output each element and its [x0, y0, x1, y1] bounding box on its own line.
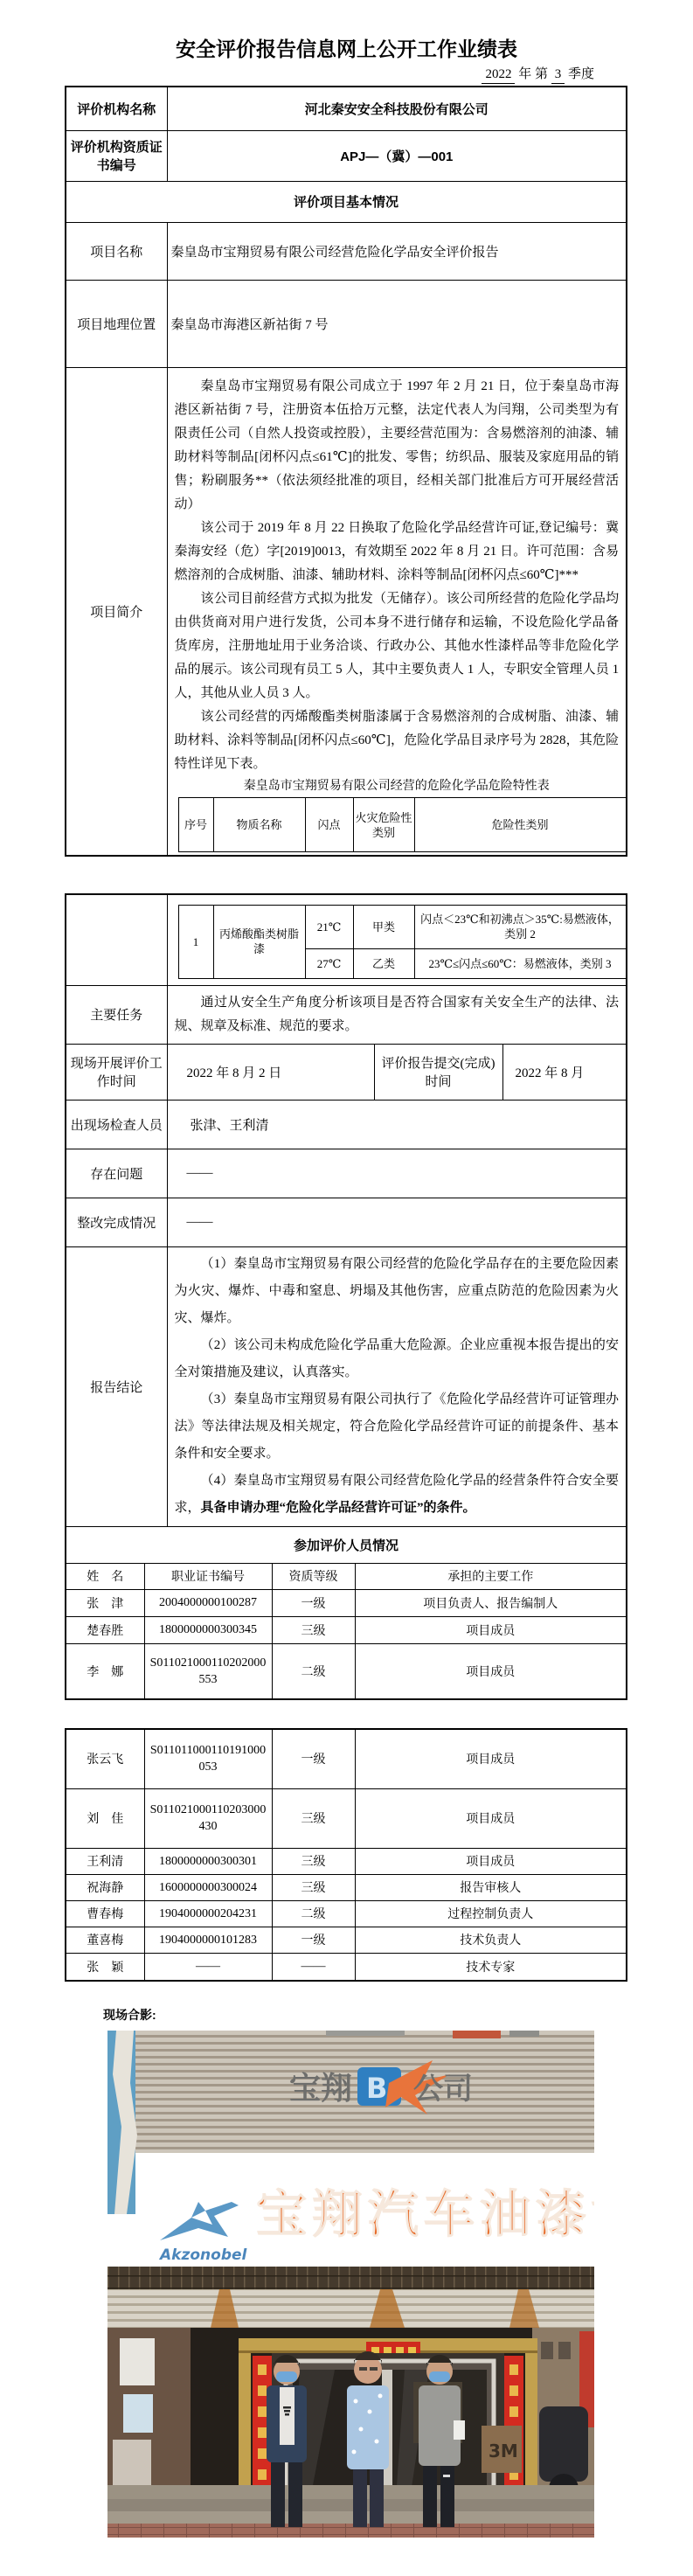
participant-level: 三级	[272, 1848, 355, 1874]
conclusion-row: 报告结论 （1）秦皇岛市宝翔贸易有限公司经营的危险化学品存在的主要危险因素为火灾…	[66, 1246, 627, 1526]
hazard-table-body: 1 丙烯酸酯类树脂漆 21℃ 甲类 闪点＜23℃和初沸点＞35℃:易燃液体，类别…	[178, 905, 627, 979]
org-name-value: 河北秦安安全科技股份有限公司	[167, 87, 627, 130]
site-photo: 宝翔 B 公司 Akzonobel 宝翔汽车油漆调	[107, 2031, 594, 2538]
submit-time-label: 评价报告提交(完成)时间	[374, 1044, 502, 1100]
project-intro-content-1: 秦皇岛市宝翔贸易有限公司成立于 1997 年 2 月 21 日，位于秦皇岛市海港…	[167, 367, 627, 856]
hazard-substance: 丙烯酸酯类树脂漆	[213, 905, 305, 978]
participant-cert: S011021000110203000430	[144, 1788, 272, 1848]
participant-level: ——	[272, 1953, 355, 1981]
submit-time-value: 2022 年 8 月	[502, 1044, 627, 1100]
participant-row: 祝海静 1600000000300024 三级 报告审核人	[66, 1874, 627, 1900]
conclusion-paragraph-final: （4）秦皇岛市宝翔贸易有限公司经营危险化学品的经营条件符合安全要求，具备申请办理…	[175, 1468, 620, 1522]
participant-row: 王利清 1800000000300301 三级 项目成员	[66, 1848, 627, 1874]
intro-paragraph: 该公司经营的丙烯酸酯类树脂漆属于含易燃溶剂的合成树脂、油漆、辅助材料、涂料等制品…	[175, 705, 620, 776]
intro-paragraph: 该公司目前经营方式拟为批发（无储存）。该公司所经营的危险化学品均由供货商对用户进…	[175, 587, 620, 705]
participant-cert: S011021000110202000553	[144, 1643, 272, 1699]
participant-name: 祝海静	[66, 1874, 144, 1900]
section-basic-info: 评价项目基本情况	[66, 181, 627, 222]
wall-poster	[113, 2440, 151, 2489]
pavement	[107, 2524, 594, 2538]
main-table-segment-2: 1 丙烯酸酯类树脂漆 21℃ 甲类 闪点＜23℃和初沸点＞35℃:易燃液体，类别…	[65, 893, 627, 1700]
participant-level: 二级	[272, 1900, 355, 1927]
roof-scrap-red	[453, 2031, 501, 2038]
wall-poster	[120, 2338, 155, 2385]
project-intro-content-2: 1 丙烯酸酯类树脂漆 21℃ 甲类 闪点＜23℃和初沸点＞35℃:易燃液体，类别…	[167, 894, 627, 985]
problems-value: ——	[167, 1149, 627, 1198]
hazard-col-class: 危险性类别	[414, 798, 626, 852]
table-row: 现场开展评价工作时间 2022 年 8 月 2 日 评价报告提交(完成)时间 2…	[66, 1044, 627, 1100]
hazard-header-row: 序号 物质名称 闪点 火灾危险性类别 危险性类别	[178, 798, 626, 852]
door-frame-right	[525, 2338, 537, 2504]
wall-poster-blue	[123, 2394, 153, 2433]
step	[107, 2511, 594, 2524]
participant-cert: 2004000000100287	[144, 1589, 272, 1616]
hazard-flashpoint: 21℃	[305, 905, 353, 948]
site-photo-illustration: 宝翔 B 公司 Akzonobel 宝翔汽车油漆调	[107, 2031, 594, 2538]
project-intro-label: 项目简介	[66, 367, 167, 856]
conclusion-label: 报告结论	[66, 1246, 167, 1526]
door-frame-left	[239, 2338, 251, 2504]
intro-paragraph: 秦皇岛市宝翔贸易有限公司成立于 1997 年 2 月 21 日，位于秦皇岛市海港…	[175, 375, 620, 517]
period-year-suffix: 年	[518, 67, 531, 81]
awning-grid	[107, 2267, 594, 2289]
hazard-table-header: 序号 物质名称 闪点 火灾危险性类别 危险性类别	[178, 797, 627, 852]
table-row: 评价机构名称 河北秦安安全科技股份有限公司	[66, 87, 627, 130]
table-row: 项目地理位置 秦皇岛市海港区新祜街 7 号	[66, 280, 627, 367]
col-role: 承担的主要工作	[355, 1563, 627, 1589]
hazard-col-fireclass: 火灾危险性类别	[353, 798, 414, 852]
project-location-label: 项目地理位置	[66, 280, 167, 367]
col-name: 姓 名	[66, 1563, 144, 1589]
hazard-col-substance: 物质名称	[213, 798, 305, 852]
face-mask	[429, 2371, 450, 2382]
participant-cert: 1904000000101283	[144, 1927, 272, 1953]
section-header-row: 评价项目基本情况	[66, 181, 627, 222]
participant-cert: ——	[144, 1953, 272, 1981]
participant-name: 张云飞	[66, 1729, 144, 1788]
table-row: 主要任务 通过从安全生产角度分析该项目是否符合国家有关安全生产的法律、法规、规章…	[66, 985, 627, 1044]
hazard-col-no: 序号	[178, 798, 213, 852]
col-cert: 职业证书编号	[144, 1563, 272, 1589]
main-table-segment-1: 评价机构名称 河北秦安安全科技股份有限公司 评价机构资质证书编号 APJ—（冀）…	[65, 86, 627, 857]
participant-level: 一级	[272, 1927, 355, 1953]
participant-role: 报告审核人	[355, 1874, 627, 1900]
sign-small-left-text: 宝翔	[289, 2071, 352, 2107]
participant-name: 李 娜	[66, 1643, 144, 1699]
step	[107, 2499, 594, 2511]
sign-main-text: 宝翔汽车油漆调	[256, 2184, 594, 2244]
participant-role: 技术专家	[355, 1953, 627, 1981]
conclusion-p4-bold: 具备申请办理“危险化学品经营许可证”的条件。	[201, 1501, 476, 1515]
rectification-value: ——	[167, 1198, 627, 1246]
participant-cert: 1800000000300345	[144, 1616, 272, 1643]
page-break-gap	[65, 1700, 628, 1726]
hazard-class: 23℃≤闪点≤60℃：易燃液体，类别 3	[414, 948, 626, 978]
main-table-segment-3: 张云飞 S011011000110191000053 一级 项目成员 刘 佳 S…	[65, 1728, 627, 1982]
participant-cert: 1600000000300024	[144, 1874, 272, 1900]
participant-cert: 1904000000204231	[144, 1900, 272, 1927]
participant-name: 张 颖	[66, 1953, 144, 1981]
participants-header-row: 姓 名 职业证书编号 资质等级 承担的主要工作	[66, 1563, 627, 1589]
conclusion-paragraph: （3）秦皇岛市宝翔贸易有限公司执行了《危险化学品经营许可证管理办法》等法律法规及…	[175, 1386, 620, 1468]
project-intro-row-part2: 1 丙烯酸酯类树脂漆 21℃ 甲类 闪点＜23℃和初沸点＞35℃:易燃液体，类别…	[66, 894, 627, 985]
task-label: 主要任务	[66, 985, 167, 1044]
sign-small-right-text: 公司	[413, 2072, 473, 2107]
inspectors-label: 出现场检查人员	[66, 1100, 167, 1149]
participant-name: 张 津	[66, 1589, 144, 1616]
participant-row: 张 津 2004000000100287 一级 项目负责人、报告编制人	[66, 1589, 627, 1616]
participant-cert: S011011000110191000053	[144, 1729, 272, 1788]
dealer-bird-wing	[191, 2202, 205, 2218]
participant-name: 王利清	[66, 1848, 144, 1874]
onsite-time-label: 现场开展评价工作时间	[66, 1044, 167, 1100]
section-participants: 参加评价人员情况	[66, 1526, 627, 1563]
participant-role: 项目成员	[355, 1788, 627, 1848]
participant-row: 张 颖 —— —— 技术专家	[66, 1953, 627, 1981]
participant-name: 曹春梅	[66, 1900, 144, 1927]
rectification-label: 整改完成情况	[66, 1198, 167, 1246]
problems-label: 存在问题	[66, 1149, 167, 1198]
participant-role: 项目成员	[355, 1643, 627, 1699]
page-break-gap	[65, 857, 628, 892]
intro-paragraph: 该公司于 2019 年 8 月 22 日换取了危险化学品经营许可证,登记编号：冀…	[175, 517, 620, 587]
project-intro-label-empty	[66, 894, 167, 985]
conclusion-paragraph: （1）秦皇岛市宝翔贸易有限公司经营的危险化学品存在的主要危险因素为火灾、爆炸、中…	[175, 1251, 620, 1332]
participant-row: 张云飞 S011011000110191000053 一级 项目成员	[66, 1729, 627, 1788]
document-content: 安全评价报告信息网上公开工作业绩表 2022 年 第 3 季度 评价机构名称 河…	[65, 0, 628, 2538]
dealer-logo-text: Akzonobel	[158, 2246, 248, 2264]
roof-scrap-gray	[509, 2031, 539, 2037]
participant-row: 曹春梅 1904000000204231 二级 过程控制负责人	[66, 1900, 627, 1927]
participant-role: 过程控制负责人	[355, 1900, 627, 1927]
step	[107, 2485, 594, 2499]
org-cert-value: APJ—（冀）—001	[167, 130, 627, 181]
inspectors-value: 张津、王利清	[167, 1100, 627, 1149]
period-year: 2022	[482, 66, 515, 84]
participant-level: 三级	[272, 1616, 355, 1643]
hazard-data-row: 1 丙烯酸酯类树脂漆 21℃ 甲类 闪点＜23℃和初沸点＞35℃:易燃液体，类别…	[178, 905, 626, 948]
hazard-col-flashpoint: 闪点	[305, 798, 353, 852]
project-name-value: 秦皇岛市宝翔贸易有限公司经营危险化学品安全评价报告	[167, 222, 627, 280]
participant-role: 项目成员	[355, 1848, 627, 1874]
photo-section-label: 现场合影:	[103, 2006, 628, 2024]
participant-cert: 1800000000300301	[144, 1848, 272, 1874]
period-quarter: 3	[551, 66, 565, 84]
participant-row: 楚春胜 1800000000300345 三级 项目成员	[66, 1616, 627, 1643]
period-quarter-suffix: 季度	[568, 67, 594, 81]
participant-level: 三级	[272, 1788, 355, 1848]
section-header-row: 参加评价人员情况	[66, 1526, 627, 1563]
participant-level: 一级	[272, 1589, 355, 1616]
conclusion-content: （1）秦皇岛市宝翔贸易有限公司经营的危险化学品存在的主要危险因素为火灾、爆炸、中…	[167, 1246, 627, 1526]
org-name-label: 评价机构名称	[66, 87, 167, 130]
table-row: 评价机构资质证书编号 APJ—（冀）—001	[66, 130, 627, 181]
participant-name: 楚春胜	[66, 1616, 144, 1643]
hazard-fireclass: 乙类	[353, 948, 414, 978]
period-quarter-prefix: 第	[535, 67, 548, 81]
table-row: 出现场检查人员 张津、王利清	[66, 1100, 627, 1149]
brand-logo-letter: B	[366, 2072, 387, 2105]
table-row: 存在问题 ——	[66, 1149, 627, 1198]
participant-row: 刘 佳 S011021000110203000430 三级 项目成员	[66, 1788, 627, 1848]
roof-scrap	[326, 2031, 405, 2036]
participant-role: 项目成员	[355, 1616, 627, 1643]
face-mask	[276, 2371, 297, 2382]
participant-role: 项目成员	[355, 1729, 627, 1788]
participant-name: 刘 佳	[66, 1788, 144, 1848]
participant-name: 董喜梅	[66, 1927, 144, 1953]
participant-row: 李 娜 S011021000110202000553 二级 项目成员	[66, 1643, 627, 1699]
right-window	[558, 2342, 571, 2359]
held-papers	[454, 2420, 465, 2440]
report-period: 2022 年 第 3 季度	[65, 66, 628, 84]
task-value-cell: 通过从安全生产角度分析该项目是否符合国家有关安全生产的法律、法规、规章及标准、规…	[167, 985, 627, 1044]
table-row: 整改完成情况 ——	[66, 1198, 627, 1246]
moped	[539, 2406, 588, 2482]
participant-level: 一级	[272, 1729, 355, 1788]
col-level: 资质等级	[272, 1563, 355, 1589]
participant-level: 三级	[272, 1874, 355, 1900]
page-title: 安全评价报告信息网上公开工作业绩表	[65, 0, 628, 62]
table-row: 项目名称 秦皇岛市宝翔贸易有限公司经营危险化学品安全评价报告	[66, 222, 627, 280]
task-value: 通过从安全生产角度分析该项目是否符合国家有关安全生产的法律、法规、规章及标准、规…	[175, 991, 620, 1038]
hazard-table-caption: 秦皇岛市宝翔贸易有限公司经营的危险化学品危险特性表	[175, 776, 620, 797]
right-window	[541, 2342, 553, 2359]
hazard-fireclass: 甲类	[353, 905, 414, 948]
document-page: 安全评价报告信息网上公开工作业绩表 2022 年 第 3 季度 评价机构名称 河…	[0, 0, 693, 2576]
hazard-class: 闪点＜23℃和初沸点＞35℃:易燃液体，类别 2	[414, 905, 626, 948]
participant-role: 技术负责人	[355, 1927, 627, 1953]
participant-role: 项目负责人、报告编制人	[355, 1589, 627, 1616]
box-label-3m: 3M	[489, 2441, 518, 2461]
participant-row: 董喜梅 1904000000101283 一级 技术负责人	[66, 1927, 627, 1953]
org-cert-label: 评价机构资质证书编号	[66, 130, 167, 181]
hazard-flashpoint: 27℃	[305, 948, 353, 978]
participant-level: 二级	[272, 1643, 355, 1699]
conclusion-paragraph: （2）该公司未构成危险化学品重大危险源。企业应重视本报告提出的安全对策措施及建议…	[175, 1332, 620, 1386]
onsite-time-value: 2022 年 8 月 2 日	[167, 1044, 374, 1100]
project-intro-row-part1: 项目简介 秦皇岛市宝翔贸易有限公司成立于 1997 年 2 月 21 日，位于秦…	[66, 367, 627, 856]
hazard-no: 1	[178, 905, 213, 978]
project-location-value: 秦皇岛市海港区新祜街 7 号	[167, 280, 627, 367]
project-name-label: 项目名称	[66, 222, 167, 280]
